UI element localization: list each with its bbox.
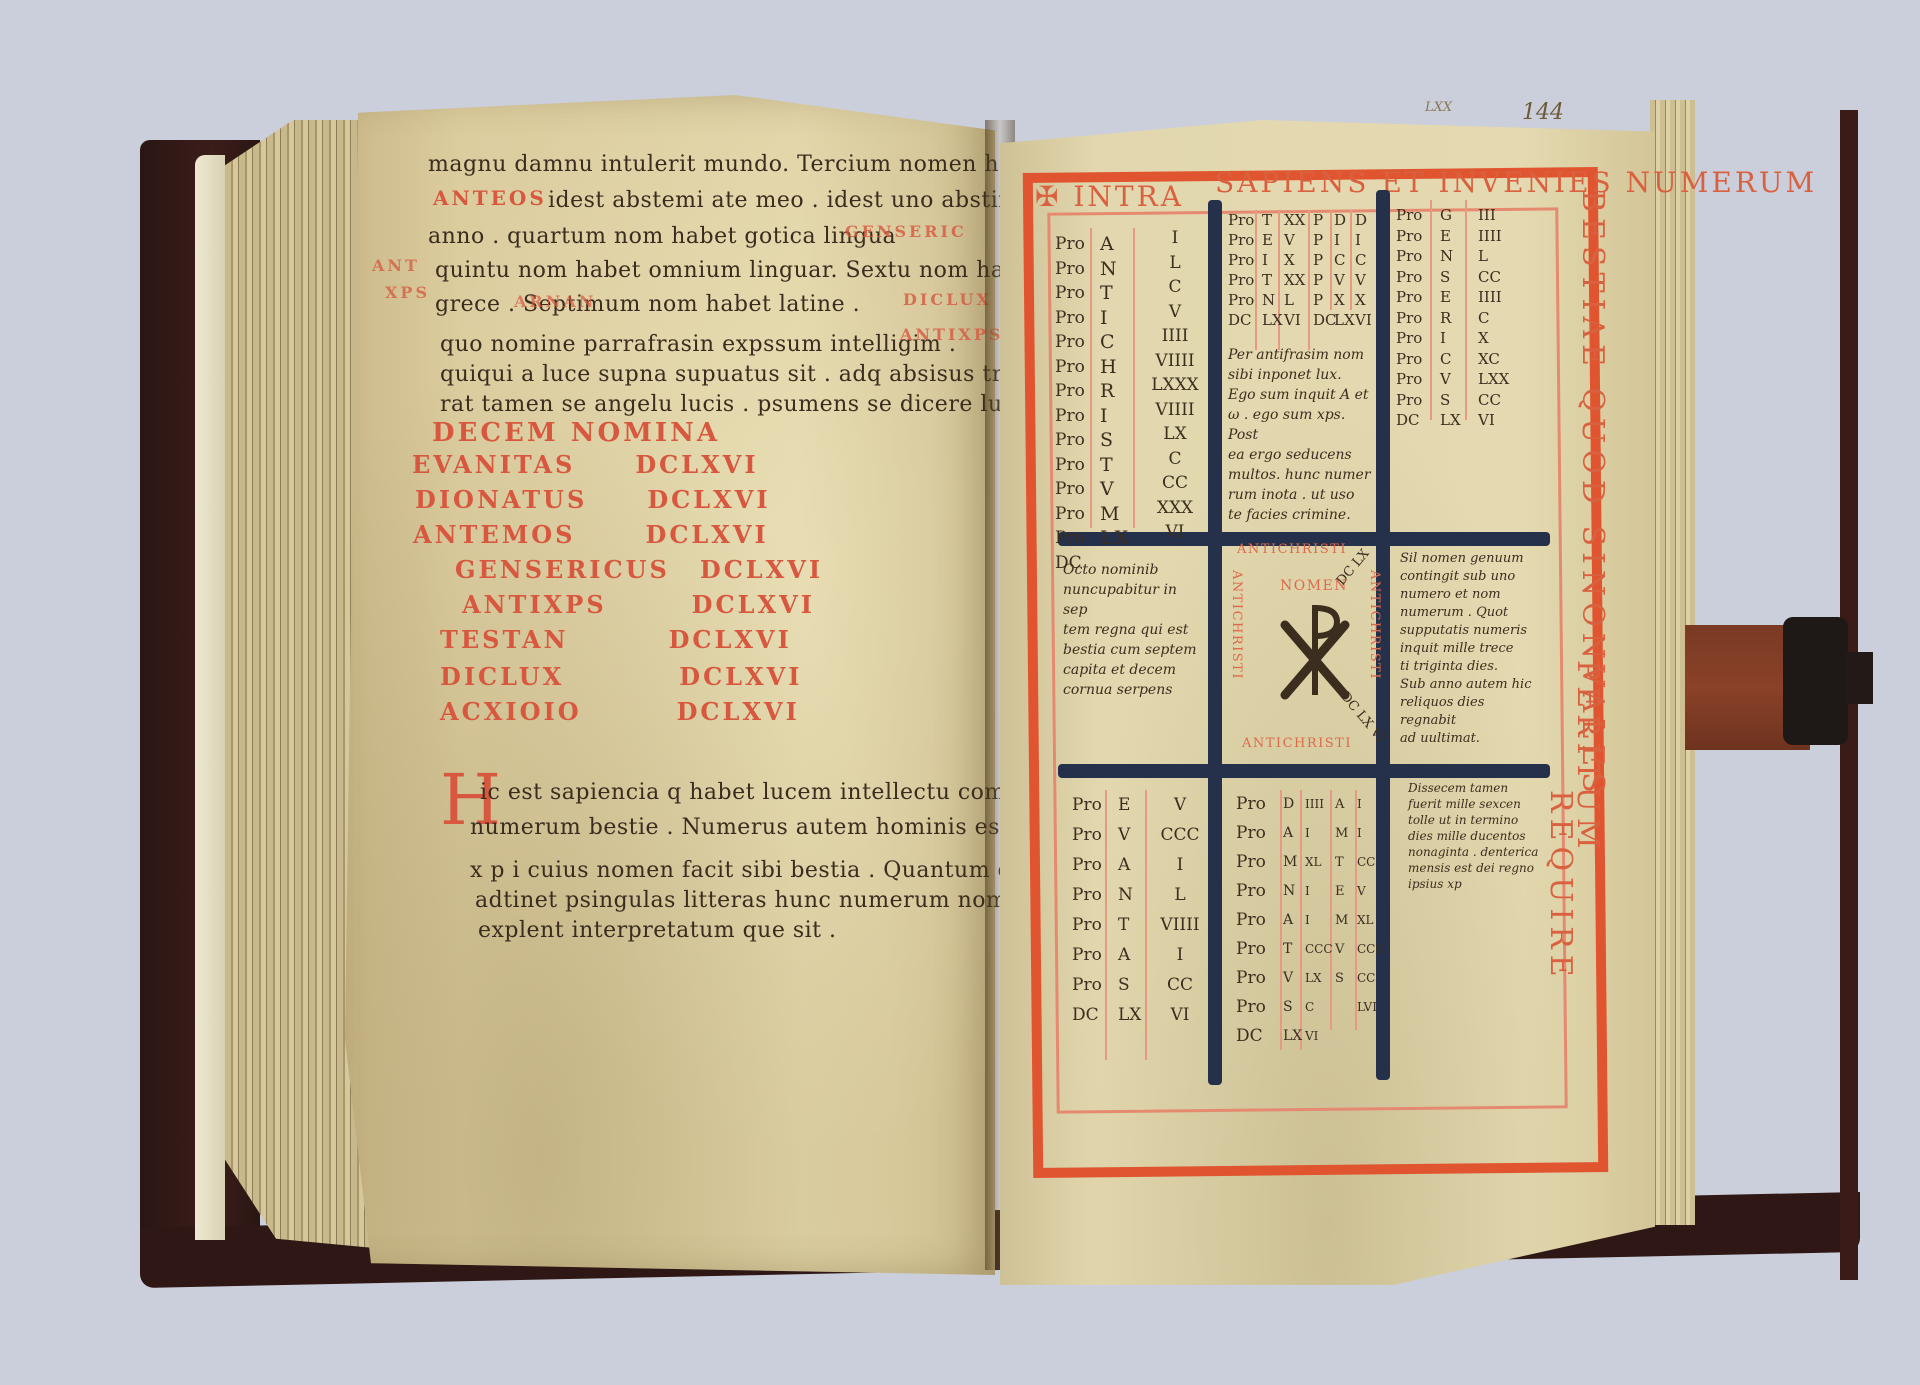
- text-line: idest abstemi ate meo . idest uno abstin…: [548, 188, 1053, 213]
- text-line: grece . Septimum nom habet latine .: [435, 292, 860, 317]
- clasp-tab: [1845, 652, 1873, 704]
- rubric-item: GENSERICUSDCLXVI: [455, 555, 823, 584]
- grid-line-vertical: [1208, 200, 1222, 1085]
- rubric: GENSERIC: [845, 222, 967, 241]
- rubric: ARNAN: [514, 292, 596, 311]
- rubric: XPS: [385, 283, 430, 302]
- folio-number: 144: [1522, 100, 1564, 125]
- note-dissecem: Dissecem tamenfuerit mille sexcentolle u…: [1408, 780, 1548, 892]
- frame-title-top: SAPIENS ET INVENIES NUMERUM: [1215, 166, 1817, 199]
- ring-text-right: ANTICHRISTI: [1367, 570, 1382, 680]
- text-line: ic est sapiencia q habet lucem intellect…: [480, 780, 1067, 805]
- text-line: rat tamen se angelu lucis . psumens se d…: [440, 392, 1050, 417]
- ring-text-top: ANTICHRISTI: [1237, 542, 1347, 557]
- chi-rho-icon: [1275, 600, 1355, 700]
- table-col-letters: ANTICHRISTVMLX: [1100, 232, 1130, 551]
- frame-title-intra: ✠ INTRA: [1035, 180, 1184, 213]
- table-col-numbers: ILCVIIIIVIIIILXXXVIIIILXCCCXXXVI: [1150, 226, 1200, 545]
- rubric-item: ANTIXPSDCLXVI: [462, 590, 815, 619]
- table-col-prefix: ProProProProProProProProProProProProProD…: [1055, 232, 1085, 575]
- folio-mark: LXX: [1425, 100, 1452, 115]
- flyleaf: [195, 155, 225, 1240]
- note-antifrasim: Per antifrasim nomsibi inponet lux.Ego s…: [1228, 345, 1378, 525]
- note-octo-nominibus: Octo nominibnuncupabitur in septem regna…: [1063, 560, 1203, 700]
- ring-text-left: ANTICHRISTI: [1229, 570, 1244, 680]
- text-line: x p i cuius nomen facit sibi bestia . Qu…: [470, 858, 1055, 883]
- rubric-item: DICLUXDCLXVI: [440, 662, 803, 691]
- text-line: anno . quartum nom habet gotica lingua: [428, 224, 896, 249]
- text-line: explent interpretatum que sit .: [478, 918, 837, 943]
- rubric: DICLUX: [903, 290, 992, 309]
- ring-text-bottom: ANTICHRISTI: [1242, 736, 1352, 751]
- rubric: ANTEOS: [433, 186, 547, 210]
- rubric-heading: DECEM NOMINA: [432, 418, 720, 448]
- grid-line-horizontal: [1058, 764, 1550, 778]
- text-line: quo nomine parrafrasin expssum intelligi…: [440, 332, 956, 357]
- rubric-item: EVANITASDCLXVI: [412, 450, 759, 479]
- rubric-item: TESTANDCLXVI: [440, 625, 792, 654]
- frame-title-side: REQUIRE: [1543, 790, 1578, 983]
- clasp-metal-fitting: [1783, 617, 1848, 745]
- text-line: numerum bestie . Numerus autem hominis e…: [470, 815, 1074, 840]
- note-sil-nomen: Sil nomen genuumcontingit sub unonumero …: [1400, 550, 1540, 748]
- rubric-item: ACXIOIODCLXVI: [440, 697, 800, 726]
- text-line: magnu damnu intulerit mundo. Tercium nom…: [428, 152, 1050, 177]
- rubric-item: ANTEMOSDCLXVI: [413, 520, 769, 549]
- rubric-item: DIONATUSDCLXVI: [415, 485, 771, 514]
- rubric: ANT: [372, 256, 420, 275]
- text-line: quintu nom habet omnium linguar. Sextu n…: [435, 258, 1042, 283]
